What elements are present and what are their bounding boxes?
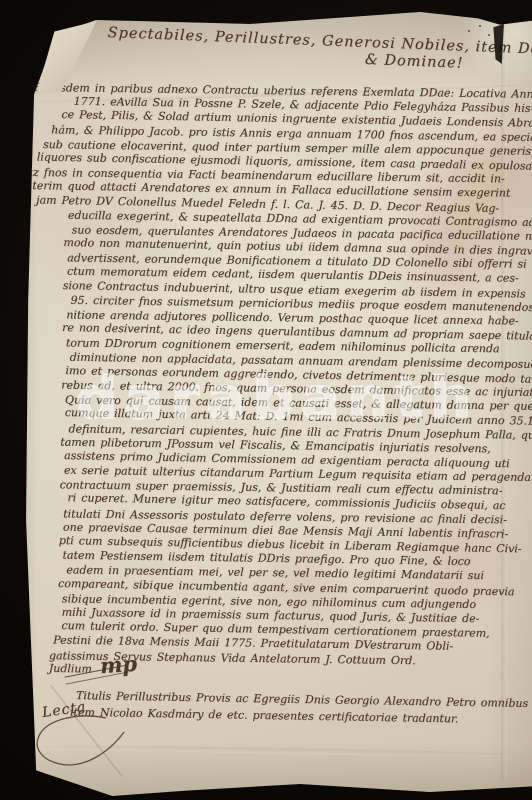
lecta-flourish-icon — [28, 712, 128, 772]
ink-speck — [468, 30, 470, 32]
manuscript-paper: Spectabiles, Perillustres, Generosi Nobi… — [0, 0, 532, 800]
signature-mp-mark: mp — [99, 651, 138, 679]
ink-speck — [488, 34, 490, 36]
ink-speck — [479, 25, 481, 27]
postscript-line: item Nicolao Kasdmáry de etc. praesentes… — [70, 706, 459, 726]
letter-body: Ex iisdem in paribus adnexo Contractu ub… — [19, 80, 532, 684]
letter-salutation: Spectabiles, Perillustres, Generosi Nobi… — [107, 25, 532, 76]
photo-background: Spectabiles, Perillustres, Generosi Nobi… — [0, 0, 532, 800]
